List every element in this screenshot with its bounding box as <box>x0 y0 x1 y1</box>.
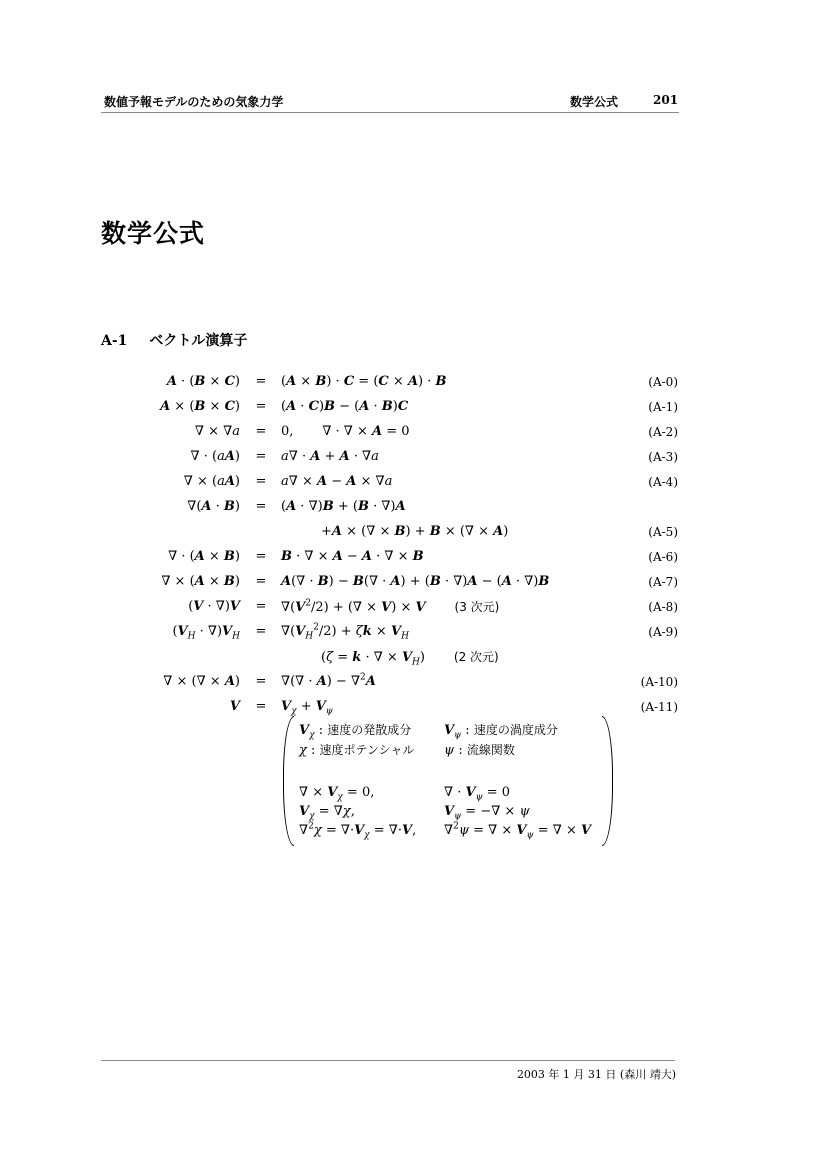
equation-label: (A-0) <box>648 372 678 392</box>
section-heading: A-1ベクトル演算子 <box>101 330 247 350</box>
equation-a4: ∇ × (aA) = a∇ × A − A × ∇a (A-4) <box>0 472 826 492</box>
left-parenthesis <box>283 716 294 846</box>
equation-a5: ∇(A · B) = (A · ∇)B + (B · ∇)A <box>0 497 826 517</box>
equation-label: (A-5) <box>648 522 678 542</box>
definition-chi: χ : 速度ポテンシャル <box>299 741 414 760</box>
equation-a9-continuation: (ζ = k · ∇ × VH) (2 次元) <box>0 647 826 667</box>
equation-label: (A-1) <box>648 397 678 417</box>
equation-a3: ∇ · (aA) = a∇ · A + A · ∇a (A-3) <box>0 447 826 467</box>
equation-label: (A-6) <box>648 547 678 567</box>
equation-label: (A-8) <box>648 597 678 617</box>
equation-a8: (V · ∇)V = ∇(V2/2) + (∇ × V) × V (3 次元) … <box>0 597 826 617</box>
section-title: ベクトル演算子 <box>149 333 247 349</box>
header-rule <box>101 112 679 113</box>
equation-label: (A-7) <box>648 572 678 592</box>
equation-a5-continuation: +A × (∇ × B) + B × (∇ × A) (A-5) <box>0 522 826 542</box>
relation-div-v-psi: ∇ · Vψ = 0 <box>444 784 510 802</box>
relation-v-chi-grad: Vχ = ∇χ, <box>299 803 355 821</box>
right-parenthesis <box>602 716 613 846</box>
relation-laplacian-psi: ∇2ψ = ∇ × Vψ = ∇ × V <box>444 822 591 840</box>
equation-a10: ∇ × (∇ × A) = ∇(∇ · A) − ∇2A (A-10) <box>0 672 826 692</box>
equation-label: (A-4) <box>648 472 678 492</box>
running-header-book-title: 数値予報モデルのための気象力学 <box>104 93 283 110</box>
footer-date-author: 2003 年 1 月 31 日 (森川 靖大) <box>517 1066 676 1082</box>
dimension-note: (3 次元) <box>455 600 500 614</box>
definition-v-psi: Vψ : 速度の渦度成分 <box>444 721 558 740</box>
relation-curl-v-chi: ∇ × Vχ = 0, <box>299 784 374 802</box>
equation-lhs: A · (B × C) <box>167 372 240 392</box>
relation-laplacian-chi: ∇2χ = ∇·Vχ = ∇·V, <box>299 822 416 840</box>
equation-a7: ∇ × (A × B) = A(∇ · B) − B(∇ · A) + (B ·… <box>0 572 826 592</box>
equation-label: (A-11) <box>641 697 678 717</box>
equation-a11: V = Vχ + Vψ (A-11) <box>0 697 826 717</box>
equation-rhs: (A × B) · C = (C × A) · B <box>281 372 447 392</box>
equation-a1: A × (B × C) = (A · C)B − (A · B)C (A-1) <box>0 397 826 417</box>
equation-a2: ∇ × ∇a = 0, ∇ · ∇ × A = 0 (A-2) <box>0 422 826 442</box>
footer-rule <box>101 1060 675 1061</box>
definitions-block: Vχ : 速度の発散成分 Vψ : 速度の渦度成分 χ : 速度ポテンシャル ψ… <box>283 716 613 846</box>
equation-label: (A-9) <box>648 622 678 642</box>
equation-a9: (VH · ∇)VH = ∇(VH2/2) + ζk × VH (A-9) <box>0 622 826 642</box>
equation-a6: ∇ · (A × B) = B · ∇ × A − A · ∇ × B (A-6… <box>0 547 826 567</box>
dimension-note: (2 次元) <box>454 650 499 664</box>
chapter-title: 数学公式 <box>101 214 205 250</box>
running-header-chapter: 数学公式 <box>570 93 618 110</box>
equation-label: (A-2) <box>648 422 678 442</box>
definition-v-chi: Vχ : 速度の発散成分 <box>299 721 411 740</box>
definition-psi: ψ : 流線関数 <box>444 741 515 760</box>
relation-v-psi-curl: Vψ = −∇ × ψ <box>444 803 530 821</box>
page-number: 201 <box>653 93 678 107</box>
section-number: A-1 <box>101 333 127 349</box>
equation-a0: A · (B × C) = (A × B) · C = (C × A) · B … <box>0 372 826 392</box>
equation-label: (A-3) <box>648 447 678 467</box>
equation-label: (A-10) <box>641 672 678 692</box>
